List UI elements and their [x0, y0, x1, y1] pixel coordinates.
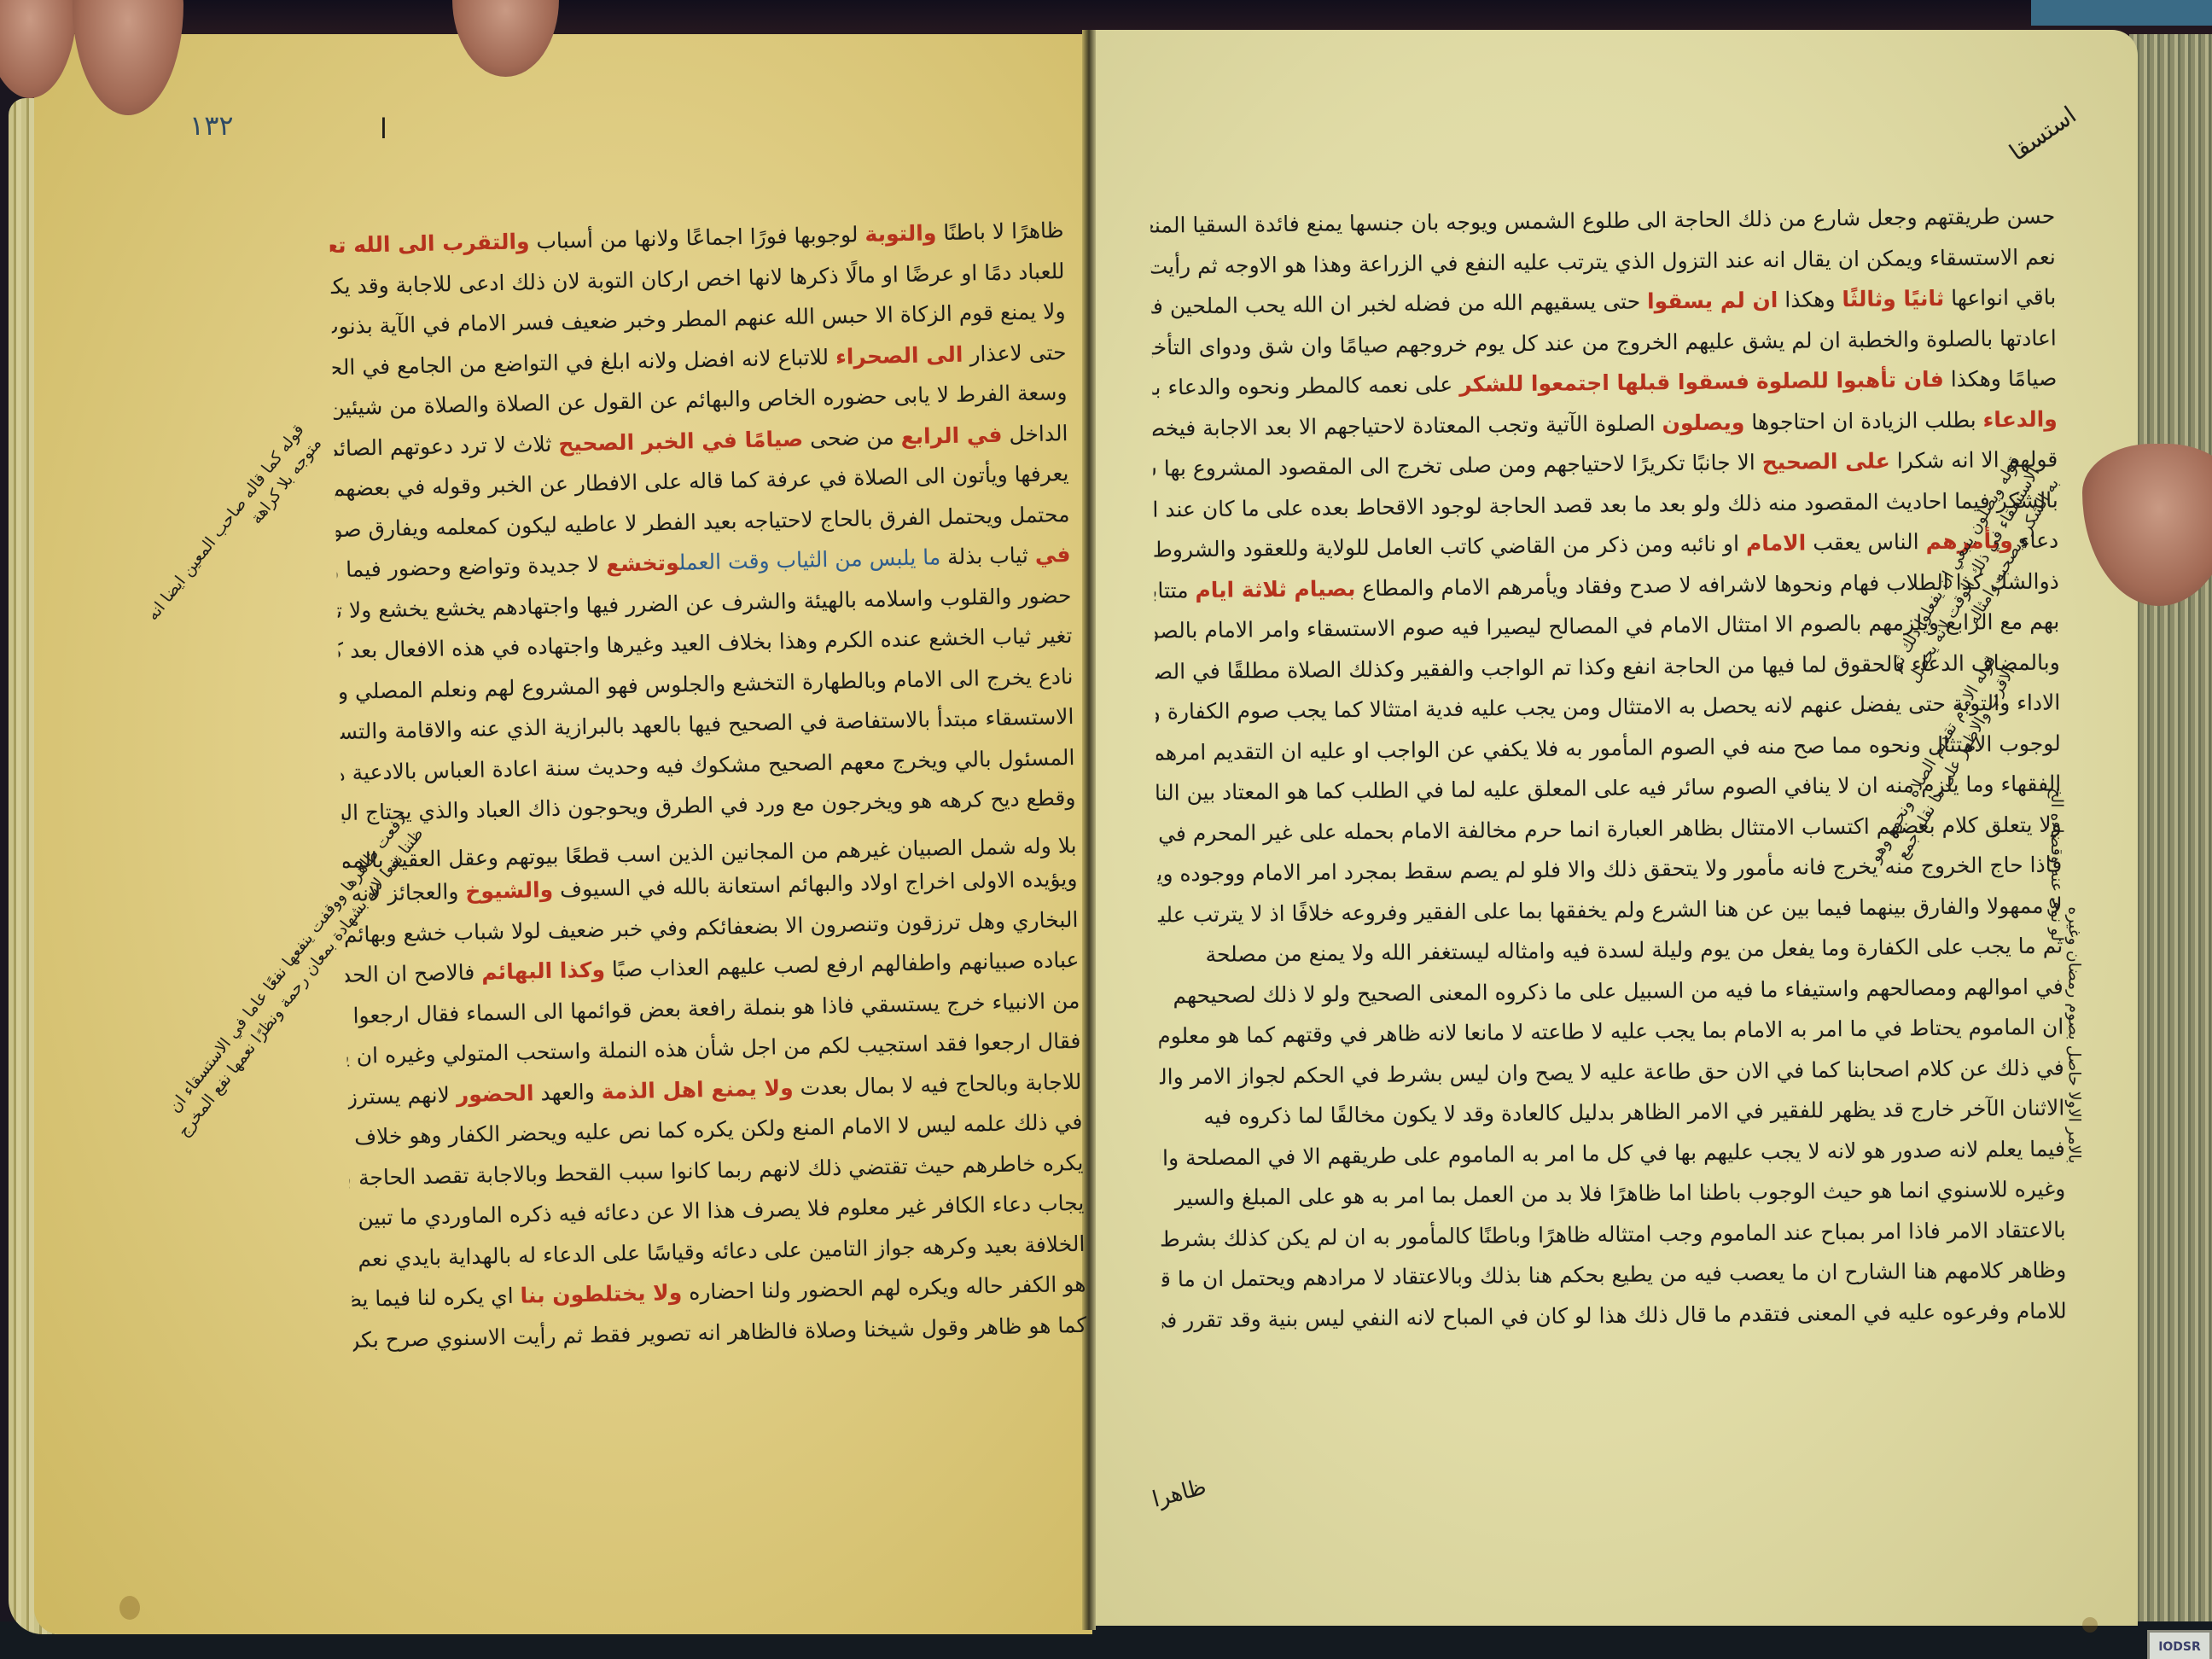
line-text: لوجوبها فورًا اجماعًا ولانها من أسباب [529, 222, 864, 253]
line-text: لا ممهولا والفارق بينهما فيما بين عن هنا… [1158, 893, 2063, 927]
line-text: حتى لاعذار [963, 340, 1067, 367]
line-text: متتابعة [1155, 578, 1196, 603]
rubric-word: والدعاء [1982, 406, 2057, 432]
rubric-word: الامام [1746, 531, 1807, 556]
line-text: اعادتها بالصلوة والخطبة ان لم يشق عليهم … [1152, 325, 2057, 363]
line-text: على نعمه كالمطر ونحوه والدعاء بمزيد من ذ… [1152, 372, 1459, 401]
line-text: حتى يسقيهم الله من فضله لخبر ان الله يحب… [1151, 288, 1647, 322]
rubric-word: الحضور [456, 1080, 533, 1107]
line-text: بطلب الزيادة ان احتاجوها [1744, 407, 1983, 434]
line-text: اي يكره لنا فيما يظهر تمكينهم من ذلك بل … [352, 1284, 521, 1319]
left-page-text-block: ظاهرًا لا باطنًا والتوبة لوجوبها فورًا ا… [329, 210, 1087, 1360]
line-text: والعهد [533, 1079, 602, 1105]
line-text: ان الماموم يحتاط في ما امر به الامام بما… [1159, 1014, 2064, 1049]
line-text: الناس يعقب [1806, 529, 1926, 555]
rubric-word: فسقوا قبلها اجتمعوا للشكر [1459, 369, 1749, 397]
line-text: بالاعتقاد الامر فاذا امر بمباح عند المام… [1161, 1217, 2066, 1251]
line-text: حسن طريقتهم وجعل شارع من ذلك الحاجة الى … [1150, 203, 2055, 237]
right-margin-note-vertical-2: بالامر الاولا حاصل بصوم رمضان وغيره [2064, 906, 2086, 1163]
rubric-word: والتقرب الى الله تعالى بوجوه البر والخرو… [329, 229, 530, 265]
paper-stain [119, 1596, 140, 1620]
line-text: ثياب بذلة [940, 543, 1035, 569]
rubric-word: والشيوخ [465, 877, 553, 904]
rubric-word: ثانيًا وثالثًا [1842, 286, 1944, 311]
line-text: عباده صبيانهم واطفالهم ارفع لصب عليهم ال… [605, 947, 1080, 982]
line-text: لانهم يسترزقون وفضل الله واسع [347, 1082, 457, 1113]
rubric-word: ما يلبس من الثياب وقت العمل [678, 544, 940, 574]
background-fabric-lettering [2031, 0, 2212, 26]
line-text: لا جديدة [521, 551, 606, 578]
rubric-word: والتوبة [864, 220, 937, 247]
line-text: وغيره للاسنوي انما هو حيث الوجوب باطنا ا… [1175, 1176, 2066, 1210]
rubric-word: ويصلون [1662, 410, 1744, 435]
rubric-word: في [1034, 542, 1070, 568]
rubric-word: صيامًا في الخبر الصحيح [558, 426, 803, 456]
line-text: الصلوة الآتية وتجب المعتادة لاحتياجهم ال… [1153, 410, 1662, 441]
line-text: وهكذا [1778, 287, 1842, 312]
line-text: ثلاث لا ترد دعوتهم الصائم حتى يفطر والعا… [334, 431, 558, 469]
line-text: من ضحى [803, 424, 901, 451]
rubric-word: بصيام ثلاثة ايام [1195, 576, 1355, 602]
line-text: فيما يعلم لانه صدور هو لانه لا يجب عليهم… [1161, 1136, 2065, 1171]
rubric-word: ولا يمنع اهل الذمة [601, 1074, 794, 1103]
line-text: الا جانبًا تكريرًا لاحتياجهم ومن صلى تخر… [1153, 450, 1762, 481]
line-text: بالشكر فيما احاديث المقصود منه ذلك ولو ب… [1154, 487, 2058, 523]
line-text: الداخل [1002, 421, 1068, 447]
line-text: للامام وفرعوه عليه في المعنى فتقدم ما قا… [1161, 1298, 2066, 1336]
rubric-word: وتخشع [606, 550, 679, 577]
paper-stain [2082, 1617, 2098, 1633]
rubric-word: الى الصحراء [835, 341, 963, 369]
line-text: وظاهر كلامهم هنا الشارح ان ما يعصب فيه م… [1161, 1257, 2066, 1293]
rubric-word: في الرابع [900, 422, 1003, 448]
right-page-stack-edge [2129, 34, 2212, 1621]
line-text: فالاصح ان الحديث فيها بالخبر الصحيح ان ن… [345, 960, 481, 993]
shelf-tag: IODSR [2147, 1630, 2212, 1659]
line-text: فاذا حاج الخروج منه يخرج فانه مأمور ولا … [1157, 852, 2062, 888]
rubric-word: على الصحيح [1762, 449, 1890, 475]
line-text: هو الكفر حاله ويكره لهم الحضور ولنا احضا… [682, 1272, 1086, 1305]
line-text: بلا وله [1016, 832, 1076, 858]
rubric-word: ولا يختلطون بنا [520, 1280, 682, 1308]
line-text: وتواضع وحضور فيما وسمع الحديث الى الصلاة [336, 554, 521, 587]
rubric-word: ان لم يسقوا [1647, 288, 1778, 314]
line-text: نعم الاستسقاء ويمكن ان يقال انه عند التز… [1151, 244, 2056, 280]
line-text: ظاهرًا لا باطنًا [936, 218, 1064, 245]
rubric-word: فان تأهبوا للصلوة [1756, 367, 1944, 393]
book-gutter [1082, 30, 1096, 1630]
line-text: في اموالهم ومصالحهم واستيفاء ما فيه من ا… [1173, 974, 2064, 1008]
page-top-mark: ا [380, 113, 387, 145]
line-text: صيامًا وهكذا [1944, 365, 2058, 391]
line-text: الاثنان الآخر خارج قد يظهر للفقير في الا… [1203, 1095, 2064, 1129]
line-text: ثم ما يجب على الكفارة وما يفعل من يوم ول… [1205, 933, 2063, 967]
rubric-word: وكذا البهائم [481, 958, 605, 985]
line-text: او نائبه ومن ذكر من القاضي كاتب العامل ل… [1154, 531, 1746, 562]
line-text: للاجابة وبالحاج فيه لا بمال بعدت [793, 1068, 1081, 1099]
line-text: ويؤيده الاولى اخراج اولاد والبهائم استعا… [553, 866, 1078, 902]
line-text: باقي انواعها [1944, 284, 2056, 310]
line-text: في ذلك عن كلام اصحابنا كما في الان حق طا… [1160, 1055, 2064, 1090]
folio-number: ١٣٢ [189, 109, 234, 142]
